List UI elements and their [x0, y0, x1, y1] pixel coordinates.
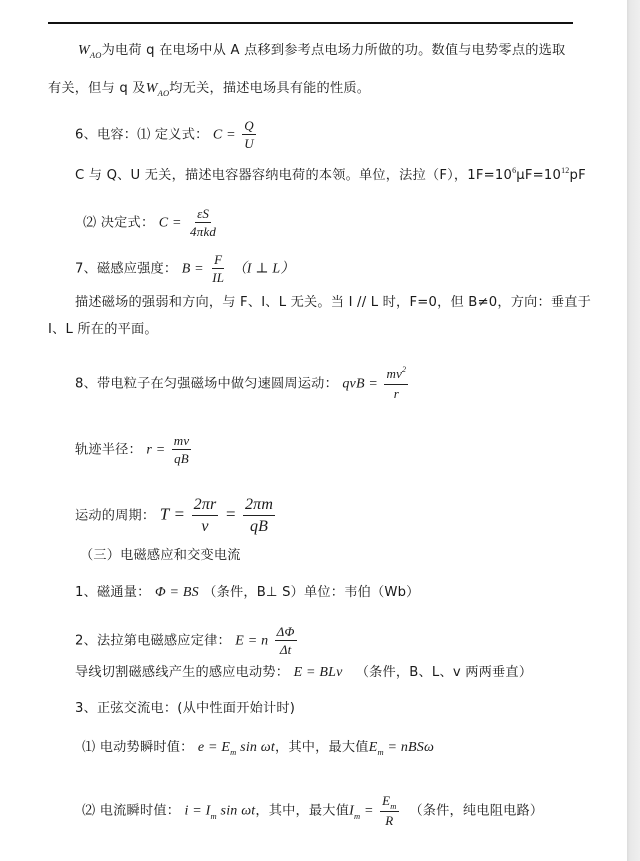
numerator: mv2	[384, 366, 408, 385]
ac-label: 3、正弦交流电：(从中性面开始计时)	[75, 701, 295, 716]
intro-line-2: 有关，但与 q 及WAO均无关，描述电场具有能的性质。	[48, 80, 370, 98]
mi-label: 7、磁感应强度：	[75, 262, 177, 277]
emf-label: ⑴ 电动势瞬时值：	[82, 740, 194, 755]
formula: sin ωt	[236, 740, 275, 755]
header-rule	[48, 22, 573, 24]
flux-label: 1、磁通量：	[75, 585, 151, 600]
intro-text-post: 均无关，描述电场具有能的性质。	[169, 81, 370, 96]
denominator: U	[242, 135, 256, 151]
capacitance-description: C 与 Q、U 无关，描述电容器容纳电荷的本领。单位，法拉（F），1F=106μ…	[75, 167, 586, 186]
desc-text: C 与 Q、U 无关，描述电容器容纳电荷的本领。单位，法拉（F），1F=10	[75, 168, 512, 183]
formula-lhs: B =	[182, 262, 204, 277]
denominator: R	[383, 812, 395, 828]
denominator: qB	[248, 516, 270, 536]
numerator: F	[212, 252, 224, 269]
circular-motion-formula: 8、带电粒子在匀强磁场中做匀速圆周运动： qvB = mv2r	[75, 366, 410, 401]
formula: e = E	[198, 740, 230, 755]
subscript: m	[390, 801, 396, 811]
formula: i = I	[185, 804, 211, 819]
formula-lhs: T =	[160, 505, 185, 524]
cut-label: 导线切割磁感线产生的感应电动势：	[75, 665, 289, 680]
motional-emf: 导线切割磁感线产生的感应电动势： E = BLv （条件，B、L、v 两两垂直）	[75, 664, 532, 682]
denominator: 4πkd	[188, 223, 218, 239]
fraction: εS4πkd	[188, 206, 218, 239]
exponent: 2	[402, 365, 406, 374]
condition: （条件，B、L、v 两两垂直）	[356, 665, 532, 680]
fraction: mvqB	[172, 433, 192, 466]
radius-label: 轨迹半径：	[75, 443, 142, 458]
formula-lhs: C =	[213, 128, 236, 143]
radius-formula: 轨迹半径： r = mvqB	[75, 433, 193, 466]
desc-text: I、L 所在的平面。	[48, 322, 158, 337]
period-formula: 运动的周期： T = 2πrv = 2πmqB	[75, 495, 277, 536]
numerator: Q	[242, 118, 256, 135]
subscript: m	[377, 747, 383, 757]
equals: =	[225, 505, 237, 524]
formula-lhs: qvB =	[342, 377, 378, 392]
desc-text: μF=10	[516, 168, 561, 183]
section-heading: （三）电磁感应和交变电流	[80, 547, 241, 565]
subscript: m	[354, 811, 360, 821]
fraction: FIL	[210, 252, 226, 285]
formula-lhs: E = n	[235, 634, 268, 649]
flux-formula: 1、磁通量： Φ = BS （条件，B⊥ S）单位：韦伯（Wb）	[75, 584, 420, 602]
formula-lhs: C =	[159, 216, 182, 231]
numerator: Em	[380, 793, 399, 812]
formula: E = BLv	[294, 665, 343, 680]
capacitance-definition: 6、电容：⑴ 定义式： C = QU	[75, 118, 258, 151]
numerator: 2πm	[243, 495, 275, 516]
denominator: IL	[210, 269, 226, 285]
subscript: m	[230, 747, 236, 757]
faraday-law: 2、法拉第电磁感应定律： E = n ΔΦΔt	[75, 624, 299, 657]
capacitance-determination: ⑵ 决定式： C = εS4πkd	[83, 206, 220, 239]
exponent: 12	[561, 166, 569, 175]
magnetic-induction-formula: 7、磁感应强度： B = FIL （I ⊥ L）	[75, 252, 295, 285]
ac-heading: 3、正弦交流电：(从中性面开始计时)	[75, 700, 295, 718]
scrollbar-track[interactable]	[627, 0, 640, 861]
numerator: mv	[172, 433, 192, 450]
formula: Φ = BS	[155, 585, 199, 600]
denominator: v	[199, 516, 210, 536]
faraday-label: 2、法拉第电磁感应定律：	[75, 634, 231, 649]
mi-desc-line-2: I、L 所在的平面。	[48, 321, 158, 339]
formula-lhs: r =	[146, 443, 165, 458]
intro-line-1: WAO为电荷 q 在电场中从 A 点移到参考点电场力所做的功。数值与电势零点的选…	[78, 42, 565, 60]
var-w: W	[78, 43, 90, 58]
formula: sin ωt	[217, 804, 256, 819]
fraction: ΔΦΔt	[275, 624, 297, 657]
fraction: 2πmqB	[243, 495, 275, 536]
numerator-text: mv	[386, 366, 402, 381]
text: ，其中，最大值	[275, 740, 369, 755]
condition: （I ⊥ L）	[233, 262, 295, 277]
fraction: EmR	[380, 793, 399, 828]
document-page: WAO为电荷 q 在电场中从 A 点移到参考点电场力所做的功。数值与电势零点的选…	[0, 0, 627, 861]
desc-text: 描述磁场的强弱和方向，与 F、I、L 无关。当 I // L 时，F=0，但 B…	[75, 295, 591, 310]
formula: = nBSω	[384, 740, 434, 755]
period-label: 运动的周期：	[75, 509, 155, 524]
var-w-sub: AO	[90, 50, 102, 60]
cm-label: 8、带电粒子在匀强磁场中做匀速圆周运动：	[75, 377, 338, 392]
fraction: QU	[242, 118, 256, 151]
intro-text-pre: 有关，但与 q 及	[48, 81, 146, 96]
var-w-sub: AO	[158, 88, 170, 98]
denominator: qB	[172, 450, 191, 466]
denominator: Δt	[278, 641, 294, 657]
intro-text: 为电荷 q 在电场中从 A 点移到参考点电场力所做的功。数值与电势零点的选取	[102, 43, 566, 58]
decide-label: ⑵ 决定式：	[83, 216, 154, 231]
cur-label: ⑵ 电流瞬时值：	[82, 804, 180, 819]
var-w: W	[146, 81, 158, 96]
capacitance-label: 6、电容：⑴ 定义式：	[75, 128, 208, 143]
condition: （条件，B⊥ S）单位：韦伯（Wb）	[203, 585, 419, 600]
mi-desc-line-1: 描述磁场的强弱和方向，与 F、I、L 无关。当 I // L 时，F=0，但 B…	[75, 294, 591, 312]
heading-text: （三）电磁感应和交变电流	[80, 548, 241, 563]
fraction: 2πrv	[192, 495, 219, 536]
numerator: 2πr	[192, 495, 219, 516]
formula: =	[360, 804, 373, 819]
emf-instant: ⑴ 电动势瞬时值： e = Em sin ωt，其中，最大值Em = nBSω	[82, 739, 434, 757]
fraction: mv2r	[384, 366, 408, 401]
current-instant: ⑵ 电流瞬时值： i = Im sin ωt，其中，最大值Im = EmR （条…	[82, 793, 543, 828]
numerator: ΔΦ	[275, 624, 297, 641]
numerator: εS	[195, 206, 211, 223]
exponent: 6	[512, 166, 516, 175]
denominator: r	[392, 385, 401, 401]
desc-text: pF	[570, 168, 586, 183]
numerator-text: E	[382, 793, 390, 808]
condition: （条件，纯电阻电路）	[409, 804, 543, 819]
subscript: m	[211, 811, 217, 821]
text: ，其中，最大值	[255, 804, 349, 819]
